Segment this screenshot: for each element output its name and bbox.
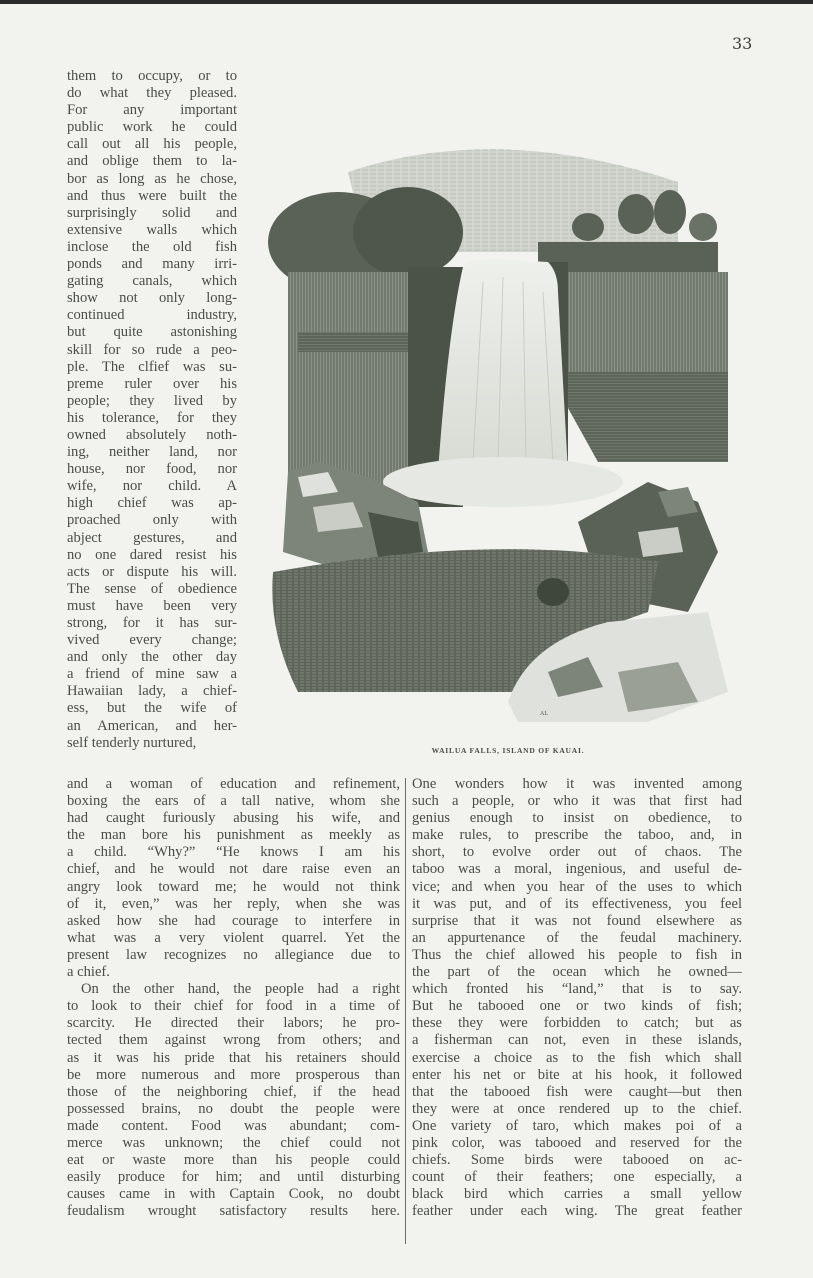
text-line: genius enough to insist on obedience, to — [412, 810, 742, 827]
text-line: make rules, to prescribe the taboo, and,… — [412, 827, 742, 844]
text-line: ess, but the wife of — [67, 700, 237, 717]
text-line: had caught furiously abusing his wife, a… — [67, 810, 400, 827]
text-line: those of the neighboring chief, if the h… — [67, 1084, 400, 1101]
text-line: vice; and when you hear of the uses to w… — [412, 879, 742, 896]
text-line: strong, for it has sur- — [67, 615, 237, 632]
illustration-caption: WAILUA FALLS, ISLAND OF KAUAI. — [258, 746, 758, 755]
text-line: causes came in with Captain Cook, no dou… — [67, 1186, 400, 1203]
text-line: surprisingly solid and — [67, 205, 237, 222]
text-line: abject gestures, and — [67, 530, 237, 547]
text-line: feather under each wing. The great feath… — [412, 1203, 742, 1220]
engraver-signature: AL — [540, 711, 548, 717]
text-line: wife, nor child. A — [67, 478, 237, 495]
text-line: inclose the old fish — [67, 239, 237, 256]
text-line: it was put, and of its effectiveness, yo… — [412, 896, 742, 913]
book-page: 33 them to occupy, or to do what they pl… — [0, 0, 813, 1278]
text-line: them to occupy, or to — [67, 68, 237, 85]
text-line: no one dared resist his — [67, 547, 237, 564]
narrow-text-column: them to occupy, or to do what they pleas… — [67, 68, 237, 752]
text-line: easily produce for him; and until distur… — [67, 1169, 400, 1186]
column-divider — [405, 778, 406, 1244]
text-line: his tolerance, for they — [67, 410, 237, 427]
text-line: public work he could — [67, 119, 237, 136]
text-line: One variety of taro, which makes poi of … — [412, 1118, 742, 1135]
text-line: One wonders how it was invented among — [412, 776, 742, 793]
text-line: and a woman of education and refinement, — [67, 776, 400, 793]
text-line: ple. The clfief was su- — [67, 359, 237, 376]
text-line: merce was unknown; the chief could not — [67, 1135, 400, 1152]
text-line: Thus the chief allowed his people to fis… — [412, 947, 742, 964]
text-line: must have been very — [67, 598, 237, 615]
text-line: asked how she had courage to interfere i… — [67, 913, 400, 930]
right-text-column: One wonders how it was invented among su… — [412, 776, 742, 1220]
text-line: The sense of obedience — [67, 581, 237, 598]
text-line: ponds and many irri- — [67, 256, 237, 273]
text-line: feudalism wrought satisfactory results h… — [67, 1203, 400, 1220]
text-line: gating canals, which — [67, 273, 237, 290]
text-line: eat or waste more than his people could — [67, 1152, 400, 1169]
text-line: angry look toward me; he would not think — [67, 879, 400, 896]
text-line: but quite astonishing — [67, 324, 237, 341]
paragraph-start-line: On the other hand, the people had a righ… — [67, 981, 400, 998]
text-line: the part of the ocean which he owned— — [412, 964, 742, 981]
text-line: possessed brains, no doubt the people we… — [67, 1101, 400, 1118]
text-line: self tenderly nurtured, — [67, 735, 237, 752]
text-line: count of their feathers; one especially,… — [412, 1169, 742, 1186]
text-line: For any important — [67, 102, 237, 119]
text-line: of it, even,” was her reply, when she wa… — [67, 896, 400, 913]
text-line: taboo was a moral, ingenious, and useful… — [412, 861, 742, 878]
text-line: a child. “Why?” “He knows I am his — [67, 844, 400, 861]
text-line: these they were forbidden to catch; but … — [412, 1015, 742, 1032]
text-line: a friend of mine saw a — [67, 666, 237, 683]
text-line: pink color, was tabooed and reserved for… — [412, 1135, 742, 1152]
text-line: show not only long- — [67, 290, 237, 307]
text-line: ing, neither land, nor — [67, 444, 237, 461]
text-line: bor as long as he chose, — [67, 171, 237, 188]
text-line: tected them against wrong from others; a… — [67, 1032, 400, 1049]
text-line: proached only with — [67, 512, 237, 529]
text-line: high chief was ap- — [67, 495, 237, 512]
text-line: and thus were built the — [67, 188, 237, 205]
text-line: the man bore his punishment as meekly as — [67, 827, 400, 844]
text-line: vived every change; — [67, 632, 237, 649]
text-line: boxing the ears of a tall native, whom s… — [67, 793, 400, 810]
left-text-column: and a woman of education and refinement,… — [67, 776, 400, 1220]
text-line: people; they lived by — [67, 393, 237, 410]
text-line: such a people, or who it was that first … — [412, 793, 742, 810]
text-line: scarcity. He directed their labors; he p… — [67, 1015, 400, 1032]
text-line: black bird which carries a small yellow — [412, 1186, 742, 1203]
text-line: made content. Food was abundant; com- — [67, 1118, 400, 1135]
text-line: a chief. — [67, 964, 400, 981]
text-line: as it was his pride that his retainers s… — [67, 1050, 400, 1067]
waterfall-engraving: AL — [258, 132, 740, 730]
text-line: preme ruler over his — [67, 376, 237, 393]
text-line: Hawaiian lady, a chief- — [67, 683, 237, 700]
text-line: skill for so rude a peo- — [67, 342, 237, 359]
text-line: owned absolutely noth- — [67, 427, 237, 444]
text-line: continued industry, — [67, 307, 237, 324]
text-line: chief, and he would not dare raise even … — [67, 861, 400, 878]
text-line: present law recognizes no allegiance due… — [67, 947, 400, 964]
text-line: to look to their chief for food in a tim… — [67, 998, 400, 1015]
text-line: an appurtenance of the feudal machinery. — [412, 930, 742, 947]
text-line: But he tabooed one or two kinds of fish; — [412, 998, 742, 1015]
text-line: surprise that it was not found elsewhere… — [412, 913, 742, 930]
text-line: exercise a choice as to the fish which s… — [412, 1050, 742, 1067]
text-line: chiefs. Some birds were tabooed on ac- — [412, 1152, 742, 1169]
text-line: enter his net or bite at his hook, it fo… — [412, 1067, 742, 1084]
text-line: short, to evolve order out of chaos. The — [412, 844, 742, 861]
text-line: extensive walls which — [67, 222, 237, 239]
text-line: what was a very violent quarrel. Yet the — [67, 930, 400, 947]
text-line: call out all his people, — [67, 136, 237, 153]
text-line: a fisherman can not, even in these islan… — [412, 1032, 742, 1049]
text-line: which fronted his “land,” that is to say… — [412, 981, 742, 998]
text-line: be more numerous and more prosperous tha… — [67, 1067, 400, 1084]
text-line: they were at once rendered up to the chi… — [412, 1101, 742, 1118]
text-line: house, nor food, nor — [67, 461, 237, 478]
text-line: acts or dispute his will. — [67, 564, 237, 581]
text-line: that the tabooed fish were caught—but th… — [412, 1084, 742, 1101]
text-line: and oblige them to la- — [67, 153, 237, 170]
text-line: an American, and her- — [67, 718, 237, 735]
page-number: 33 — [732, 34, 752, 53]
text-line: and only the other day — [67, 649, 237, 666]
text-line: do what they pleased. — [67, 85, 237, 102]
